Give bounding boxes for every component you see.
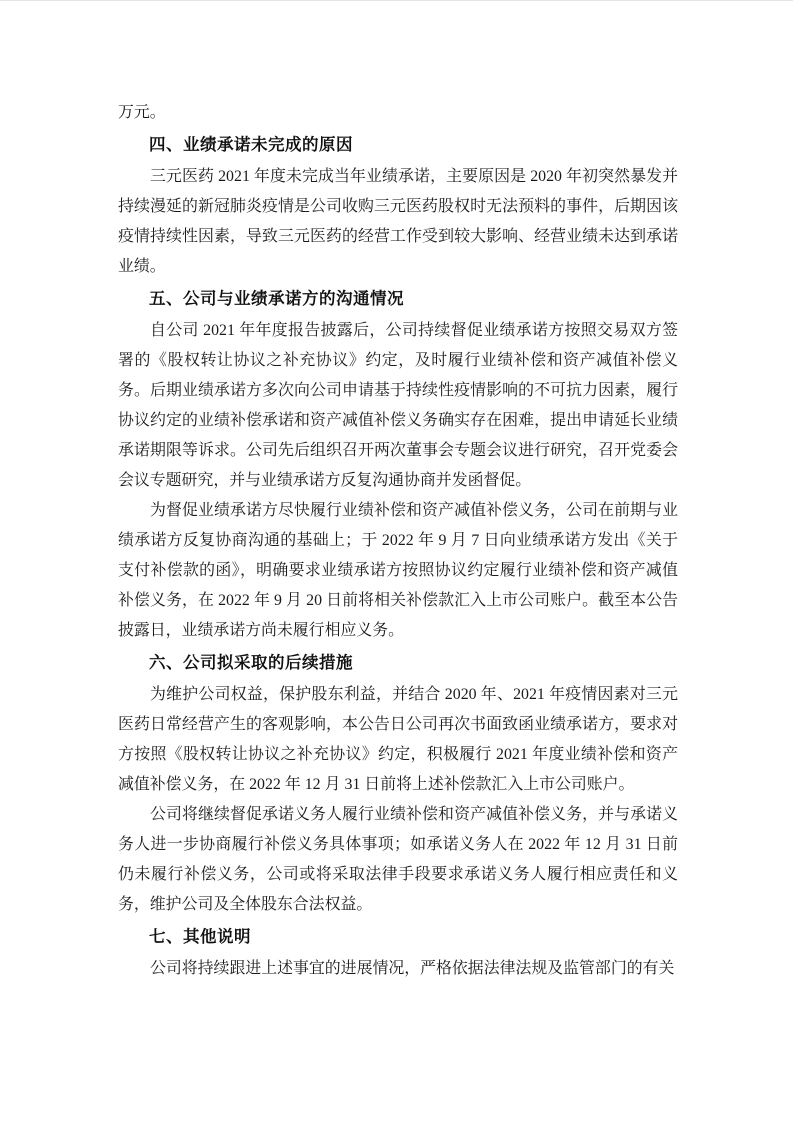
paragraph-communication-1: 自公司 2021 年年度报告披露后，公司持续督促业绩承诺方按照交易双方签署的《股… — [118, 316, 678, 496]
section-heading-7-other-notes: 七、其他说明 — [118, 922, 678, 952]
paragraph-continuation: 万元。 — [118, 98, 678, 128]
section-heading-5-communication: 五、公司与业绩承诺方的沟通情况 — [118, 284, 678, 314]
paragraph-measures-2: 公司将继续督促承诺义务人履行业绩补偿和资产减值补偿义务，并与承诺义务人进一步协商… — [118, 800, 678, 920]
section-heading-6-follow-up-measures: 六、公司拟采取的后续措施 — [118, 648, 678, 678]
paragraph-reason-unfulfilled: 三元医药 2021 年度未完成当年业绩承诺，主要原因是 2020 年初突然暴发并… — [118, 162, 678, 282]
paragraph-communication-2: 为督促业绩承诺方尽快履行业绩补偿和资产减值补偿义务，公司在前期与业绩承诺方反复协… — [118, 496, 678, 646]
paragraph-other-notes: 公司将持续跟进上述事宜的进展情况，严格依据法律法规及监管部门的有关 — [118, 954, 678, 984]
paragraph-measures-1: 为维护公司权益，保护股东利益，并结合 2020 年、2021 年疫情因素对三元医… — [118, 680, 678, 800]
document-content: 万元。 四、业绩承诺未完成的原因 三元医药 2021 年度未完成当年业绩承诺，主… — [118, 98, 678, 984]
document-page: 万元。 四、业绩承诺未完成的原因 三元医药 2021 年度未完成当年业绩承诺，主… — [0, 0, 793, 1122]
section-heading-4-reason-unfulfilled: 四、业绩承诺未完成的原因 — [118, 130, 678, 160]
